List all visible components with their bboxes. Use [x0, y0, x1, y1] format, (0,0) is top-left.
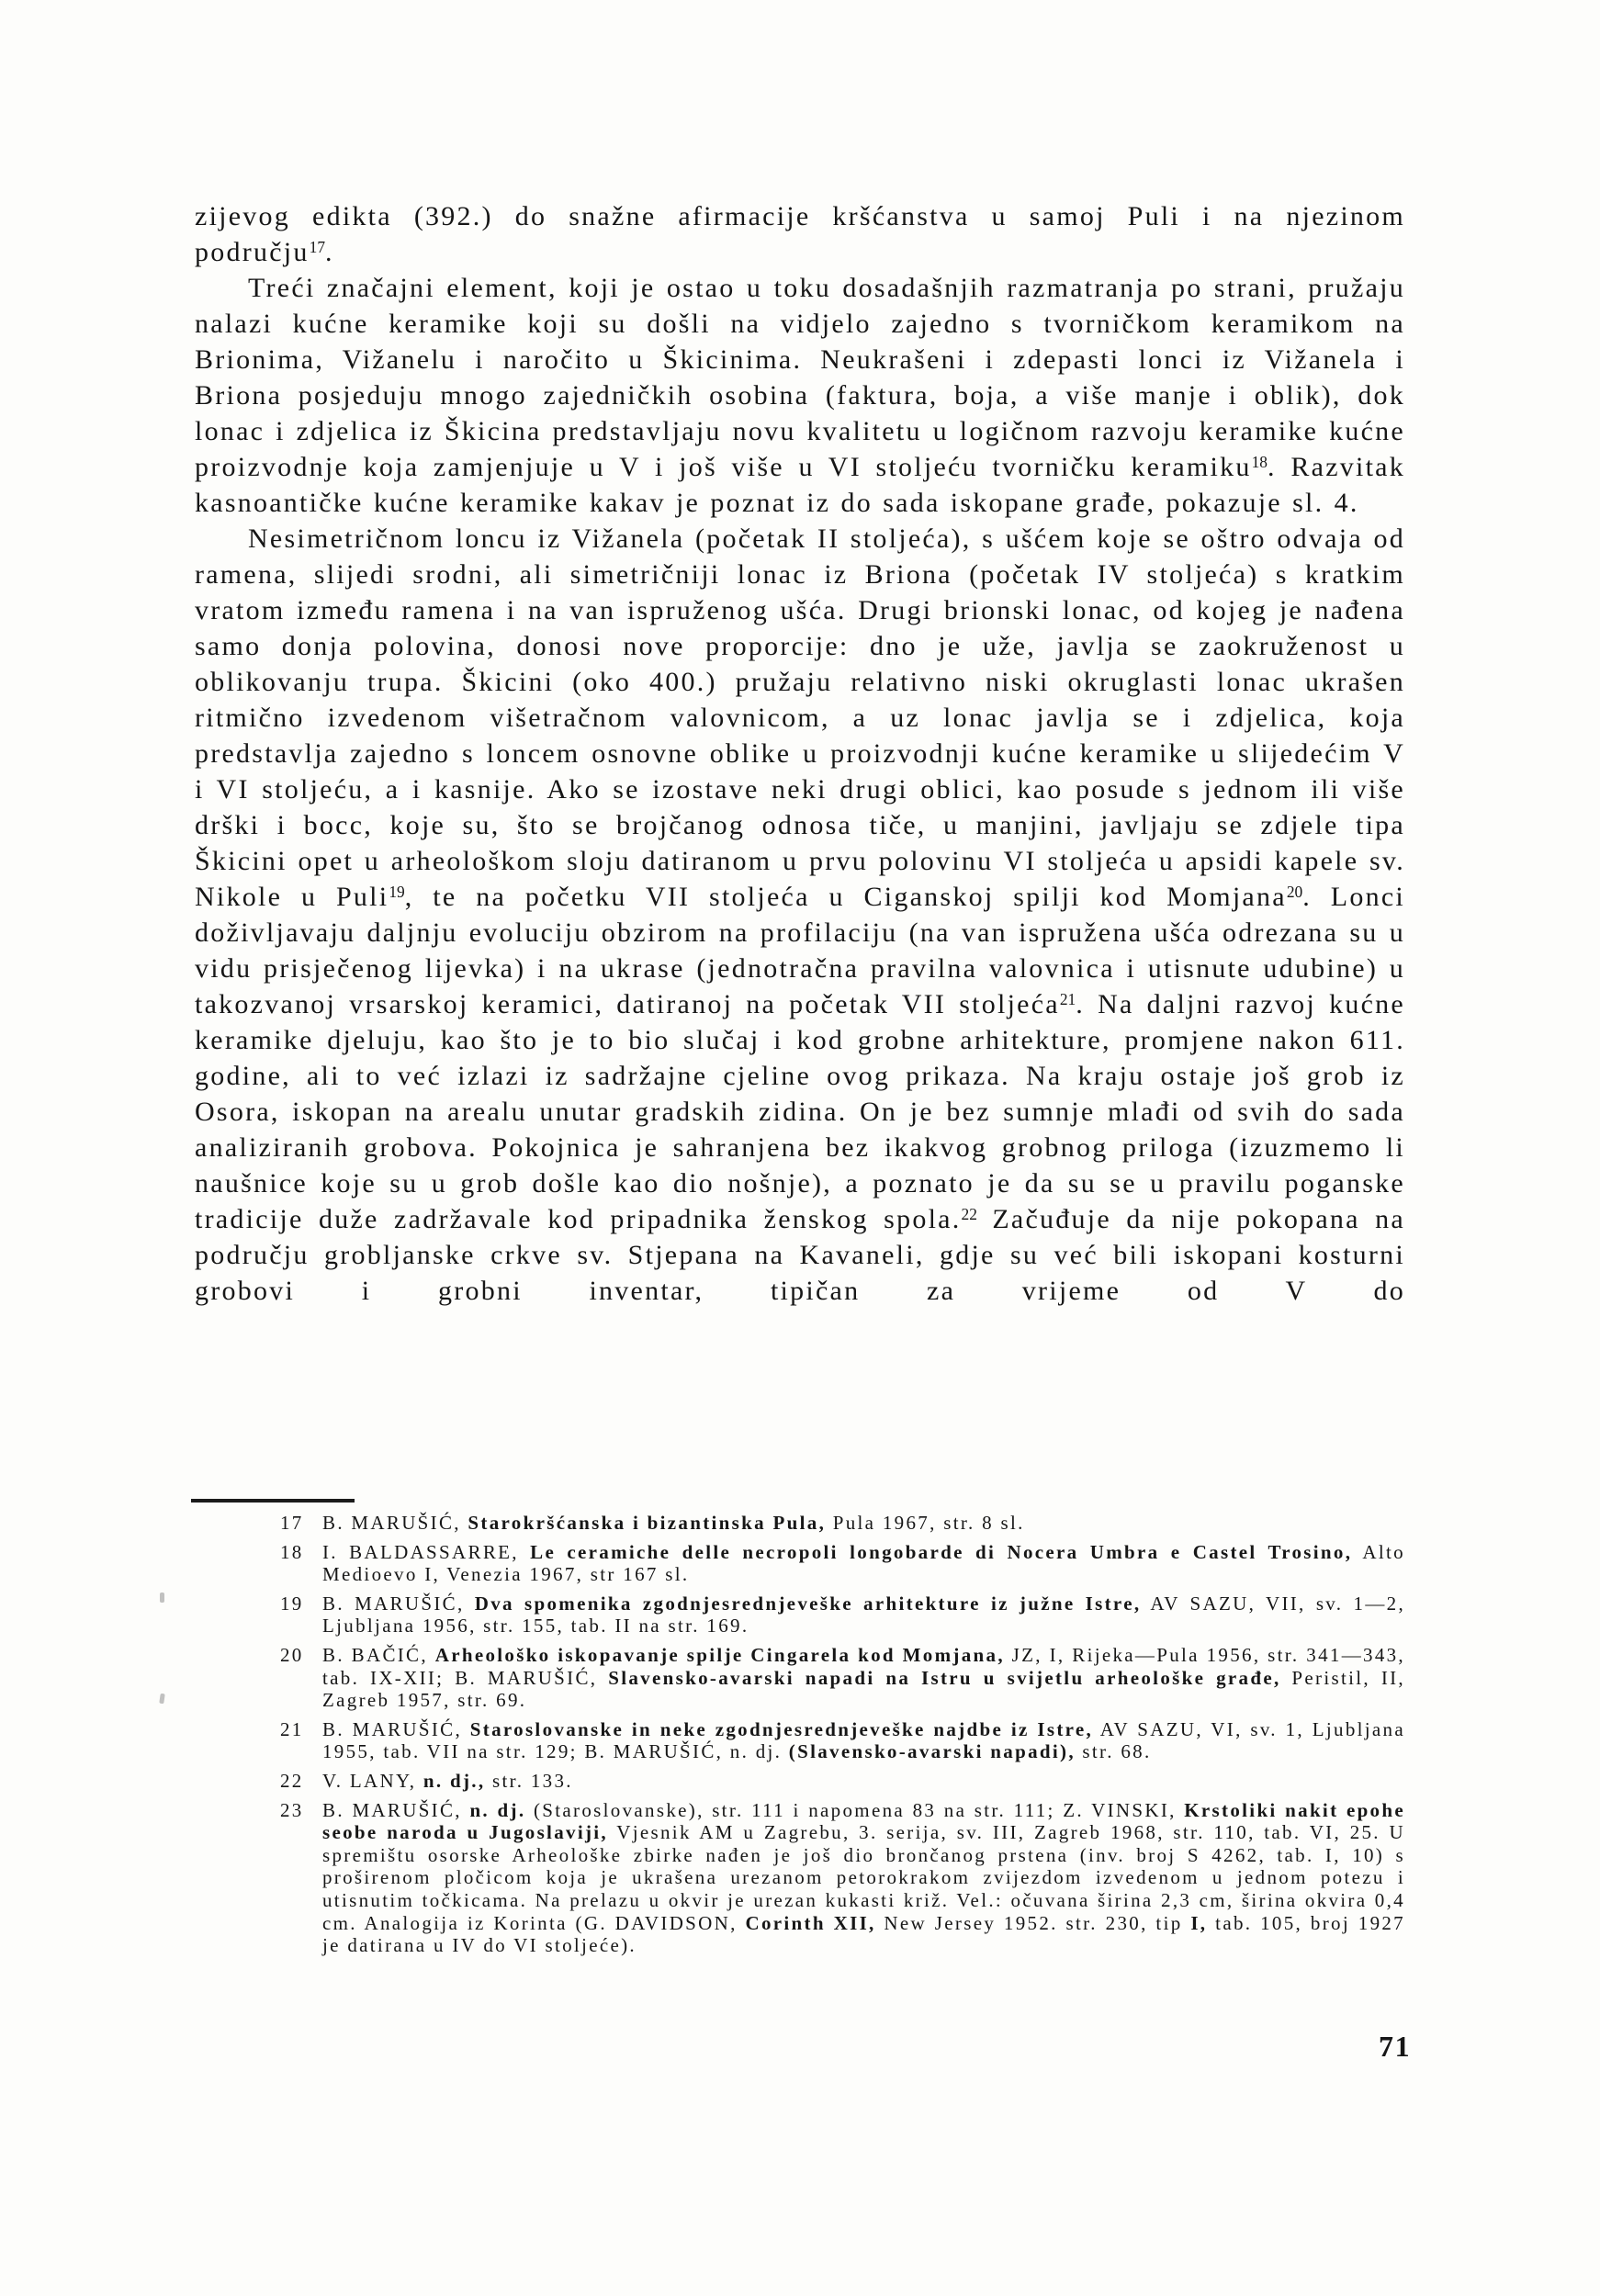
footnote-ref: 18 — [1252, 453, 1268, 471]
footnote-text: B. MARUŠIĆ, Staroslovanske in neke zgodn… — [322, 1718, 1405, 1763]
footnote-ref: 21 — [1060, 990, 1076, 1008]
text-run: n. dj., — [423, 1770, 486, 1792]
text-run: B. MARUŠIĆ, — [322, 1799, 469, 1821]
text-run: Treći značajni element, koji je ostao u … — [195, 273, 1405, 482]
body-text-block: zijevog edikta (392.) do snažne afirmaci… — [195, 198, 1405, 1309]
footnote-number: 22 — [280, 1770, 322, 1793]
footnote-text: B. MARUŠIĆ, Dva spomenika zgodnjesrednje… — [322, 1593, 1405, 1638]
document-page: zijevog edikta (392.) do snažne afirmaci… — [0, 0, 1600, 2296]
footnote-item: 19B. MARUŠIĆ, Dva spomenika zgodnjesredn… — [195, 1593, 1405, 1638]
footnote-number: 18 — [280, 1541, 322, 1586]
footnote-ref: 19 — [389, 883, 404, 901]
body-paragraph: Nesimetričnom loncu iz Vižanela (početak… — [195, 521, 1405, 1309]
text-run: Le ceramiche delle necropoli longobarde … — [530, 1541, 1352, 1563]
footnote-ref: 17 — [310, 238, 325, 256]
page-number: 71 — [1379, 2030, 1411, 2064]
text-run: Staroslovanske in neke zgodnjesrednjeveš… — [470, 1718, 1093, 1740]
footnote-item: 17B. MARUŠIĆ, Starokršćanska i bizantins… — [195, 1512, 1405, 1535]
body-paragraph: zijevog edikta (392.) do snažne afirmaci… — [195, 198, 1405, 270]
footnote-text: B. MARUŠIĆ, n. dj. (Staroslovanske), str… — [322, 1799, 1405, 1957]
text-run: . — [325, 237, 334, 267]
text-run: Starokršćanska i bizantinska Pula, — [468, 1512, 826, 1534]
text-run: B. MARUŠIĆ, — [322, 1512, 468, 1534]
text-run: Corinth XII, — [745, 1912, 875, 1934]
footnote-ref: 22 — [962, 1205, 977, 1223]
footnote-item: 23B. MARUŠIĆ, n. dj. (Staroslovanske), s… — [195, 1799, 1405, 1957]
text-run: str. 68. — [1076, 1740, 1152, 1762]
body-paragraph: Treći značajni element, koji je ostao u … — [195, 270, 1405, 521]
text-run: V. LANY, — [322, 1770, 423, 1792]
footnotes-section: 17B. MARUŠIĆ, Starokršćanska i bizantins… — [195, 1512, 1405, 1964]
footnote-number: 20 — [280, 1644, 322, 1712]
footnote-item: 18I. BALDASSARRE, Le ceramiche delle nec… — [195, 1541, 1405, 1586]
footnote-text: V. LANY, n. dj., str. 133. — [322, 1770, 1405, 1793]
scan-speck — [160, 1593, 164, 1603]
text-run: B. MARUŠIĆ, — [322, 1593, 475, 1615]
text-run: Nesimetričnom loncu iz Vižanela (početak… — [195, 523, 1405, 912]
text-run: New Jersey 1952. str. 230, tip — [876, 1912, 1191, 1934]
text-run: Arheološko iskopavanje spilje Cingarela … — [435, 1644, 1005, 1666]
text-run: I, — [1190, 1912, 1207, 1934]
text-run: str. 133. — [485, 1770, 572, 1792]
scan-speck — [159, 1694, 164, 1705]
footnote-text: I. BALDASSARRE, Le ceramiche delle necro… — [322, 1541, 1405, 1586]
text-run: (Slavensko-avarski napadi), — [789, 1740, 1076, 1762]
text-run: Dva spomenika zgodnjesrednjeveške arhite… — [475, 1593, 1142, 1615]
text-run: B. MARUŠIĆ, — [322, 1718, 470, 1740]
footnote-separator — [191, 1499, 355, 1503]
footnote-number: 21 — [280, 1718, 322, 1763]
text-run: B. BAČIĆ, — [322, 1644, 435, 1666]
footnote-text: B. BAČIĆ, Arheološko iskopavanje spilje … — [322, 1644, 1405, 1712]
text-run: I. BALDASSARRE, — [322, 1541, 530, 1563]
footnote-ref: 20 — [1287, 883, 1302, 901]
footnote-number: 17 — [280, 1512, 322, 1535]
text-run: Slavensko-avarski napadi na Istru u svij… — [608, 1667, 1280, 1689]
footnote-item: 22V. LANY, n. dj., str. 133. — [195, 1770, 1405, 1793]
text-run: zijevog edikta (392.) do snažne afirmaci… — [195, 201, 1405, 267]
footnote-number: 23 — [280, 1799, 322, 1957]
footnote-number: 19 — [280, 1593, 322, 1638]
text-run: . Na daljni razvoj kućne keramike djeluj… — [195, 989, 1405, 1234]
text-run: n. dj. — [469, 1799, 525, 1821]
footnote-item: 20B. BAČIĆ, Arheološko iskopavanje spilj… — [195, 1644, 1405, 1712]
text-run: (Staroslovanske), str. 111 i napomena 83… — [525, 1799, 1184, 1821]
footnote-text: B. MARUŠIĆ, Starokršćanska i bizantinska… — [322, 1512, 1405, 1535]
text-run: , te na početku VII stoljeća u Ciganskoj… — [405, 882, 1287, 912]
text-run: Pula 1967, str. 8 sl. — [826, 1512, 1025, 1534]
footnote-item: 21B. MARUŠIĆ, Staroslovanske in neke zgo… — [195, 1718, 1405, 1763]
